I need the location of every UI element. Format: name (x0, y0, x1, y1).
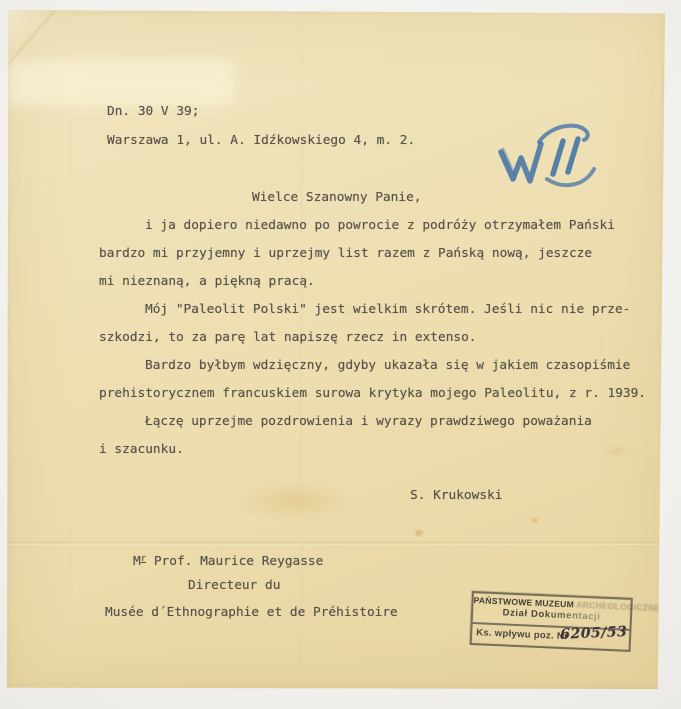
body-line: szkodzi, to za parę lat napiszę rzecz in… (99, 330, 477, 345)
body-line: Bardzo byłbym wdzięczny, gdyby ukazała s… (145, 358, 630, 373)
recipient-prefix: M (133, 554, 141, 569)
paper-stain (415, 530, 423, 536)
paper-stain (603, 444, 629, 458)
paper-horizontal-fold (7, 541, 665, 545)
recipient-title: Directeur du (188, 578, 280, 593)
address-line: Warszawa 1, ul. A. Idźkowskiego 4, m. 2. (107, 133, 415, 148)
recipient-name: Mr Prof. Maurice Reygasse (133, 552, 323, 569)
body-line: bardzo mi przyjemny i uprzejmy list raze… (99, 246, 592, 261)
stamp-register-number: 6205/53 (560, 624, 628, 643)
paper-stain (532, 518, 538, 523)
recipient-name-rest: Prof. Maurice Reygasse (146, 554, 323, 569)
paper-vertical-crease (300, 10, 303, 689)
scanned-letter-page: { "page": { "background_color": "#f1f0ec… (0, 0, 681, 709)
signature: S. Krukowski (410, 488, 502, 503)
stamp-bottom-section: Ks. wpływu poz. Nr 6205/53 (472, 624, 630, 650)
handwritten-w2-annotation (489, 116, 601, 196)
museum-stamp: PAŃSTWOWE MUZEUM ARCHEOLOGICZNE Dział Do… (470, 591, 633, 652)
salutation: Wielce Szanowny Panie, (252, 190, 422, 205)
stamp-register-label: Ks. wpływu poz. Nr (476, 627, 568, 642)
date-line: Dn. 30 V 39; (107, 104, 199, 119)
body-line: mi nieznaną, a piękną pracą. (99, 274, 315, 289)
recipient-organization: Musée d´Ethnographie et de Préhistoire (105, 605, 398, 620)
body-line: i szacunku. (99, 442, 184, 457)
letter-paper: Dn. 30 V 39; Warszawa 1, ul. A. Idźkowsk… (7, 10, 665, 689)
body-line: prehistorycznem francuskiem surowa kryty… (99, 386, 646, 401)
body-line: Łączę uprzejme pozdrowienia i wyrazy pra… (145, 414, 592, 429)
body-line: i ja dopiero niedawno po powrocie z podr… (145, 218, 615, 233)
paper-light-band (7, 60, 235, 106)
body-line: Mój "Paleolit Polski" jest wielkim skrót… (145, 302, 630, 317)
w2-mark-icon (489, 116, 601, 196)
paper-stain (237, 482, 352, 520)
